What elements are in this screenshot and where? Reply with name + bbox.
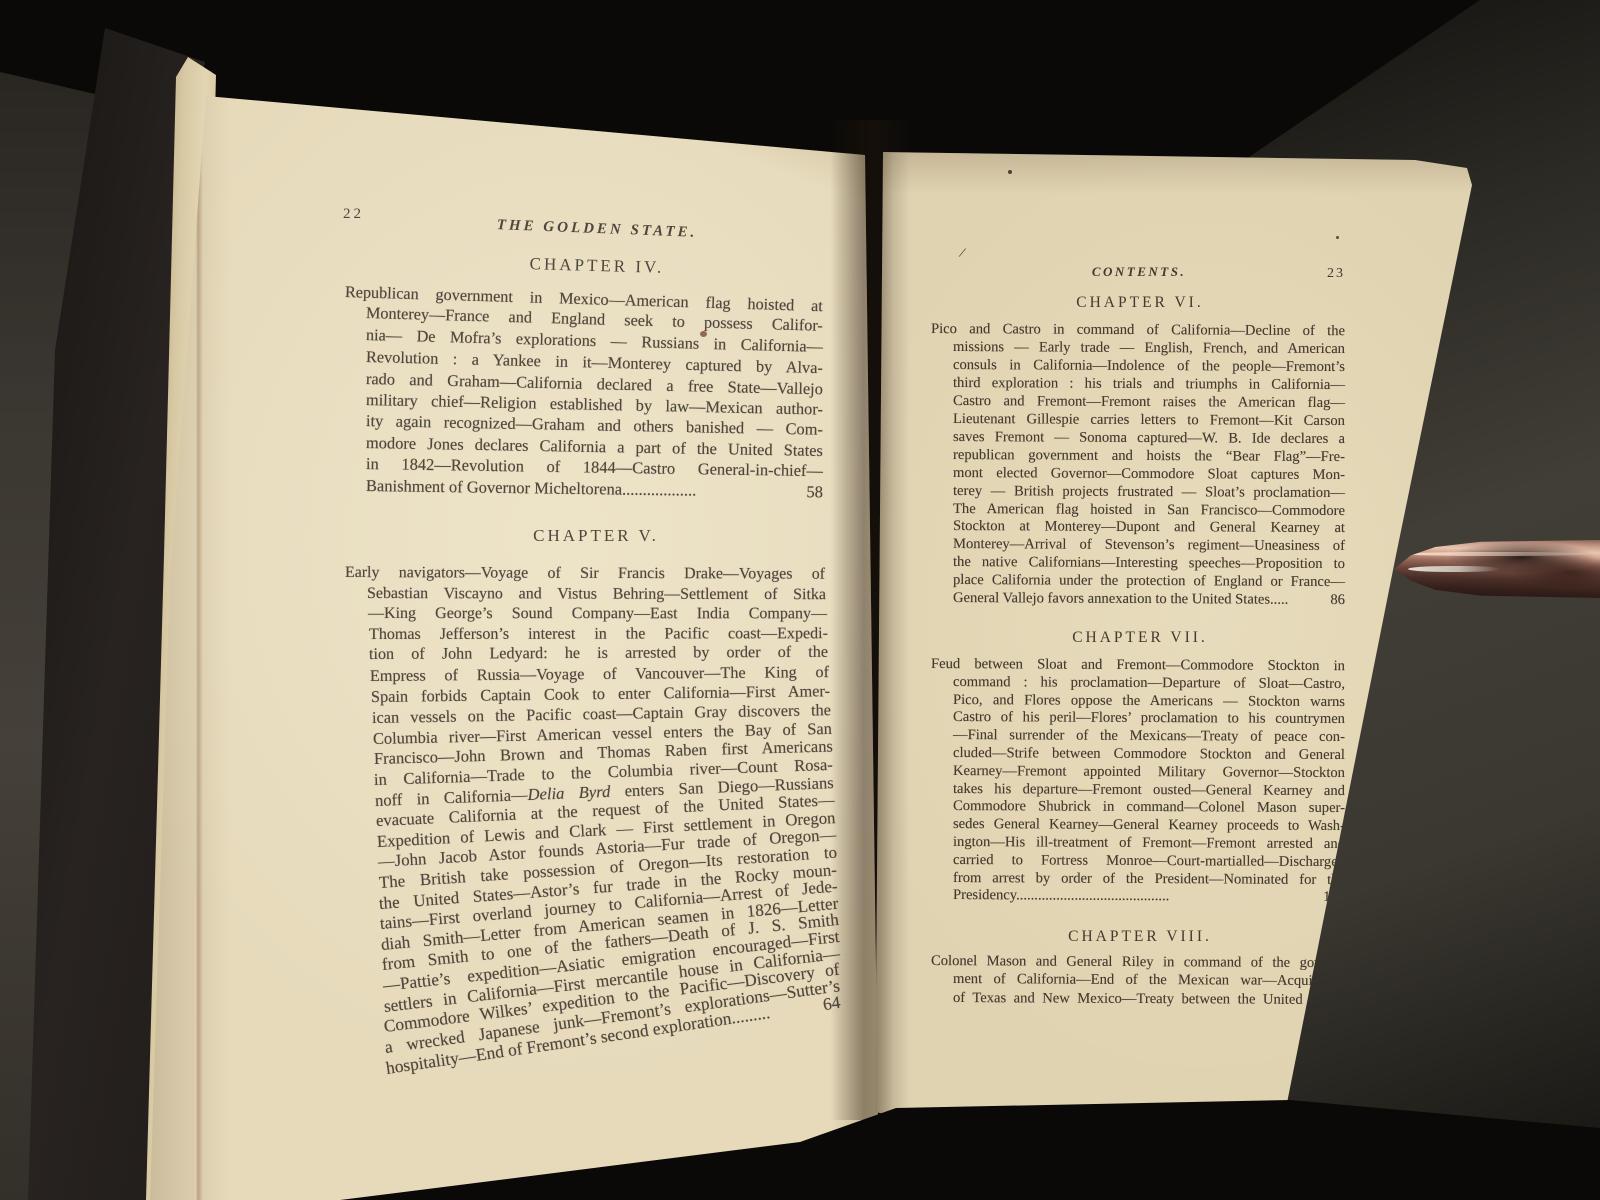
stray-mark: / (958, 246, 965, 262)
toc-line: place California under the protection of… (953, 573, 1345, 590)
toc-line: Stockton at Monterey—Dupont and General … (953, 519, 1345, 536)
toc-line: Castro of his peril—Flores’ proclamation… (953, 710, 1345, 727)
toc-line: Pico and Castro in command of California… (931, 322, 1345, 339)
toc-line: Monterey—Arrival of Stevenson’s regiment… (953, 537, 1345, 554)
toc-line: command : his proclamation—Departure of … (953, 675, 1345, 692)
toc-line: The American flag hoisted in San Francis… (953, 502, 1345, 519)
toc-line: —Final surrender of the Mexicans—Treaty … (953, 728, 1345, 745)
paper-speck (1336, 236, 1339, 239)
toc-line: Thomas Jefferson’s interest in the Pacif… (368, 626, 827, 644)
page-number-right: 23 (1327, 266, 1345, 282)
running-title-right: CONTENTS. (989, 264, 1289, 280)
toc-line: carried to Fortress Monroe—Court-martial… (953, 853, 1345, 870)
toc-line: republican government and hoists the “Be… (953, 448, 1345, 465)
toc-page-number: 86 (1330, 593, 1345, 608)
toc-line: ment of California—End of the Mexican wa… (953, 972, 1345, 989)
page-number-left: 22 (343, 206, 364, 223)
toc-line: the native Californians—Interesting spee… (953, 555, 1345, 572)
toc-line: Feud between Sloat and Fremont—Commodore… (931, 657, 1345, 674)
toc-line: takes his departure—Fremont ousted—Gener… (953, 782, 1345, 799)
chapter-heading: CHAPTER VII. (980, 629, 1300, 647)
toc-line: saves Fremont — Sonoma captured—W. B. Id… (953, 430, 1345, 447)
left-page: 22 THE GOLDEN STATE. CHAPTER IV.Republic… (140, 60, 900, 1200)
toc-line: Castro and Fremont—Fremont raises the Am… (953, 394, 1345, 411)
paper-speck (1008, 170, 1012, 174)
chapter-heading: CHAPTER VI. (980, 294, 1300, 312)
toc-line: General Vallejo favors annexation to the… (953, 591, 1345, 608)
toc-line: Early navigators—Voyage of Sir Francis D… (345, 565, 825, 583)
toc-line: missions — Early trade — English, French… (953, 340, 1345, 357)
toc-line: tion of John Ledyard: he is arrested by … (369, 645, 828, 664)
toc-line: Colonel Mason and General Riley in comma… (931, 954, 1345, 971)
toc-line: Sebastian Viscayno and Vistus Behring—Se… (367, 586, 826, 604)
chapter-heading: CHAPTER V. (436, 526, 756, 546)
toc-line: Pico, and Flores oppose the Americans — … (953, 693, 1345, 710)
toc-line: of Texas and New Mexico—Treaty between t… (953, 991, 1345, 1008)
toc-line: ington—His ill-treatment of Fremont—Frem… (953, 835, 1345, 852)
toc-page-number: 58 (806, 483, 823, 501)
toc-line: from arrest by order of the President—No… (953, 871, 1345, 888)
toc-line: Lieutenant Gillespie carries letters to … (953, 412, 1345, 429)
toc-line: —King George’s Sound Company—East India … (368, 606, 827, 623)
toc-line: terey — British projects frustrated — Sl… (953, 484, 1345, 501)
chapter-heading: CHAPTER IV. (437, 252, 757, 281)
photo-scene: 22 THE GOLDEN STATE. CHAPTER IV.Republic… (0, 0, 1600, 1200)
toc-line: Kearney—Fremont appointed Military Gover… (953, 764, 1345, 781)
toc-line: consuls in California—Indolence of the p… (953, 358, 1345, 375)
letter-opener-highlight (1408, 566, 1501, 573)
toc-line: mont elected Governor—Commodore Sloat ca… (953, 466, 1345, 483)
paper-spot (700, 331, 707, 337)
chapter-heading: CHAPTER VIII. (980, 928, 1300, 946)
toc-line: Empress of Russia—Voyage of Vancouver—Th… (370, 664, 829, 685)
toc-line: sedes General Kearney—General Kearney pr… (953, 817, 1345, 834)
book-gutter-shadow (830, 120, 910, 1120)
toc-line: Banishment of Governor Micheltorena.....… (366, 477, 823, 501)
toc-line: cluded—Strife between Commodore Stockton… (953, 746, 1345, 763)
running-title-left: THE GOLDEN STATE. (397, 213, 797, 245)
toc-line: Commodore Shubrick in command—Colonel Ma… (953, 799, 1345, 816)
toc-line: third exploration : his trials and trium… (953, 376, 1345, 393)
toc-line: Presidency..............................… (953, 888, 1345, 905)
